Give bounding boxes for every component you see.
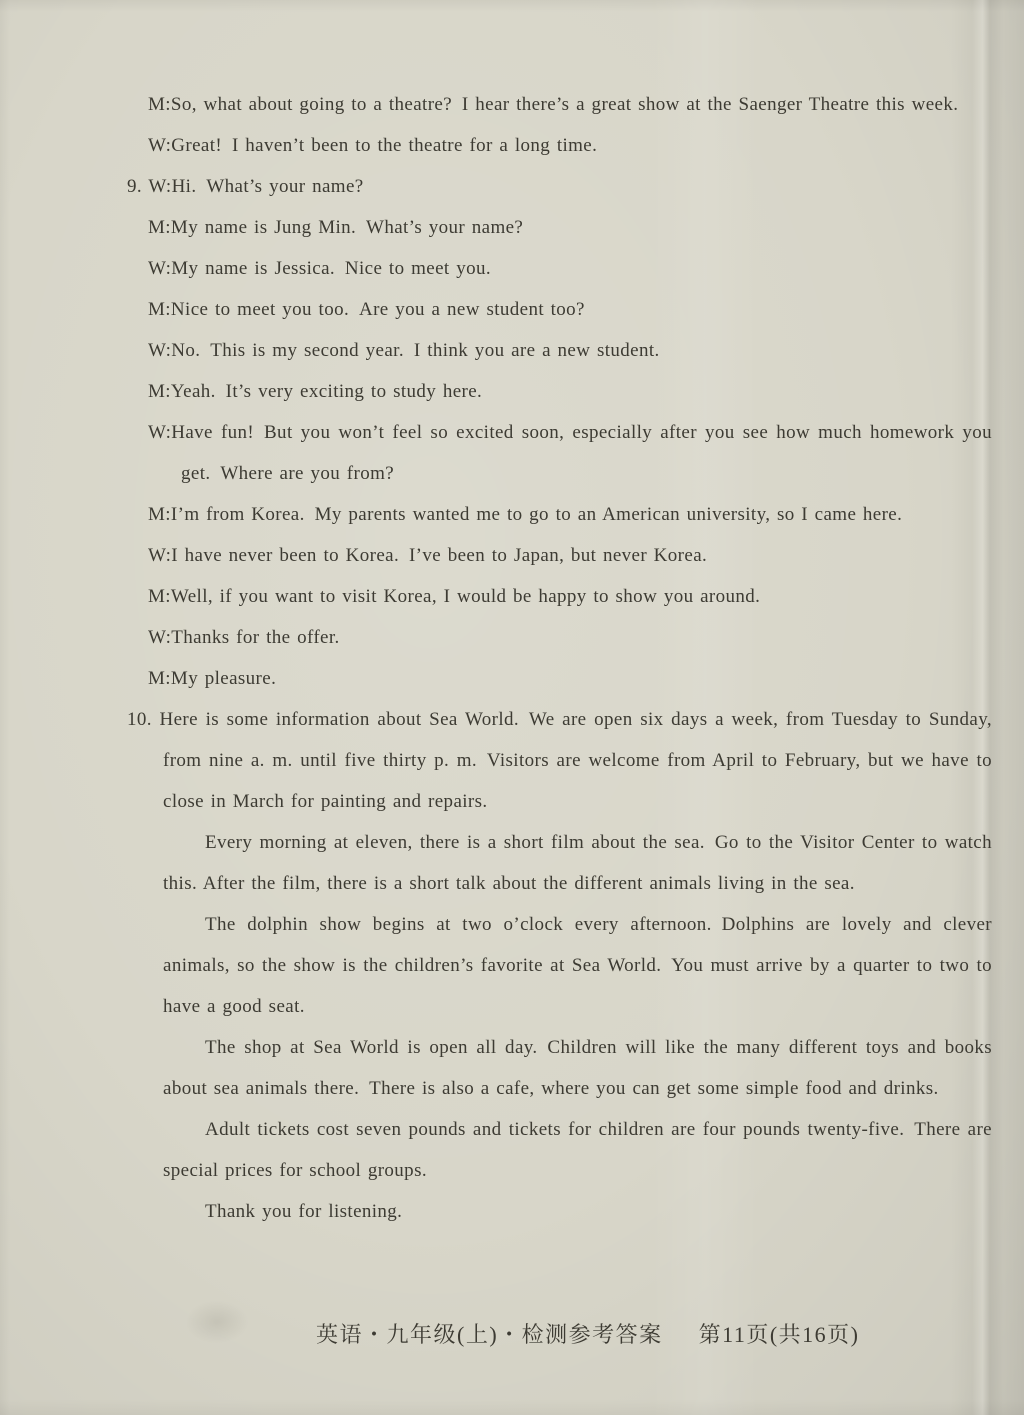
transcript-paragraph: M:My name is Jung Min. What’s your name? bbox=[148, 207, 992, 248]
transcript-paragraph: The dolphin show begins at two o’clock e… bbox=[163, 904, 992, 1027]
transcript-paragraph: Thank you for listening. bbox=[163, 1191, 992, 1232]
page-footer: 英语・九年级(上)・检测参考答案 第11页(共16页) bbox=[316, 1318, 860, 1349]
paper-smudge bbox=[185, 1300, 249, 1344]
transcript-paragraph: W:Have fun! But you won’t feel so excite… bbox=[148, 412, 992, 494]
transcript-paragraph: 10. Here is some information about Sea W… bbox=[127, 699, 992, 822]
transcript-paragraph: M:My pleasure. bbox=[148, 658, 992, 699]
transcript-paragraph: W:Thanks for the offer. bbox=[148, 617, 992, 658]
transcript-paragraph: M:I’m from Korea. My parents wanted me t… bbox=[148, 494, 992, 535]
transcript-paragraph: W:My name is Jessica. Nice to meet you. bbox=[148, 248, 992, 289]
transcript-paragraph: Adult tickets cost seven pounds and tick… bbox=[163, 1109, 992, 1191]
scanned-page: M:So, what about going to a theatre? I h… bbox=[0, 0, 1024, 1415]
transcript-paragraph: M:Well, if you want to visit Korea, I wo… bbox=[148, 576, 992, 617]
transcript-paragraph: W:No. This is my second year. I think yo… bbox=[148, 330, 992, 371]
transcript-paragraph: The shop at Sea World is open all day. C… bbox=[163, 1027, 992, 1109]
transcript-paragraph: W:I have never been to Korea. I’ve been … bbox=[148, 535, 992, 576]
transcript: M:So, what about going to a theatre? I h… bbox=[127, 84, 992, 1232]
footer-book-title: 英语・九年级(上)・检测参考答案 bbox=[316, 1318, 663, 1349]
footer-page-indicator: 第11页(共16页) bbox=[699, 1318, 860, 1349]
transcript-paragraph: W:Great! I haven’t been to the theatre f… bbox=[148, 125, 992, 166]
transcript-paragraph: Every morning at eleven, there is a shor… bbox=[163, 822, 992, 904]
transcript-paragraph: M:So, what about going to a theatre? I h… bbox=[148, 84, 992, 125]
transcript-paragraph: M:Yeah. It’s very exciting to study here… bbox=[148, 371, 992, 412]
transcript-paragraph: 9. W:Hi. What’s your name? bbox=[127, 166, 992, 207]
transcript-paragraph: M:Nice to meet you too. Are you a new st… bbox=[148, 289, 992, 330]
